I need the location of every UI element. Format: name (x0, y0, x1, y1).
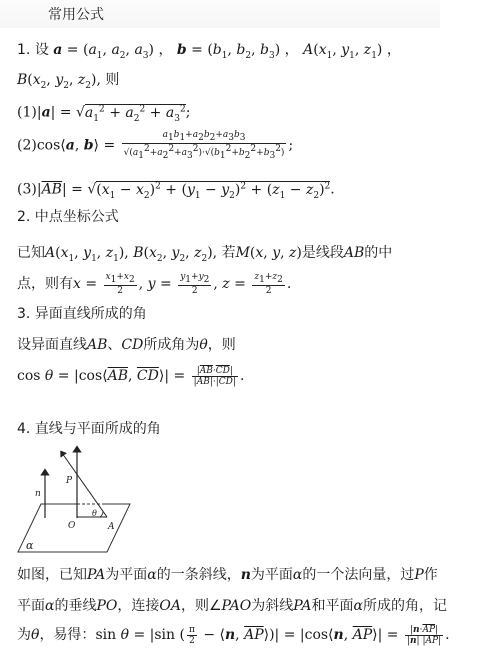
page-title: 常用公式 (48, 4, 104, 24)
section-2-heading: 2. 中点坐标公式 (17, 207, 119, 227)
formula-magnitude: (1)|a| = √a12 + a22 + a32; (17, 99, 190, 128)
label-alpha: α (26, 539, 34, 552)
section-3-formula: cos θ = |cos⟨AB, CD⟩| = |AB·CD||AB|·|CD|… (17, 363, 244, 389)
label-P: P (65, 476, 73, 486)
section-4-heading: 4. 直线与平面所成的角 (17, 419, 161, 439)
section-3-text: 设异面直线AB、CD所成角为θ，则 (17, 335, 236, 355)
section-1-heading-cont: B(x2, y2, z2), 则 (17, 70, 119, 96)
line-plane-angle-diagram: P n O A θ α (10, 440, 140, 560)
label-theta: θ (92, 509, 97, 518)
section-2-text: 已知A(x1, y1, z1), B(x2, y2, z2), 若M(x, y,… (17, 243, 392, 269)
formula-distance: (3)|AB| = √(x1 − x2)2 + (y1 − y2)2 + (z1… (17, 176, 335, 205)
label-n: n (35, 489, 41, 499)
section-4-text-1: 如图，已知PA为平面α的一条斜线，n为平面α的一个法向量，过P作 (17, 565, 438, 585)
section-4-formula: 为θ，易得：sin θ = |sin (π2 − ⟨n, AP⟩)| = |co… (17, 622, 450, 648)
label-O: O (68, 521, 76, 531)
section-3-heading: 3. 异面直线所成的角 (17, 304, 147, 324)
label-A: A (107, 522, 115, 532)
section-2-formula: 点，则有x = x1+x22, y = y1+y22, z = z1+z22. (17, 272, 291, 296)
section-4-text-2: 平面α的垂线PO，连接OA，则∠PAO为斜线PA和平面α所成的角，记 (17, 596, 447, 616)
section-1-heading: 1. 设 a = (a1, a2, a3) ， b = (b1, b2, b3)… (17, 40, 401, 66)
formula-cosine: (2)cos⟨a, b⟩ = a1b1+a2b2+a3b3√(a12+a22+a… (17, 130, 293, 161)
